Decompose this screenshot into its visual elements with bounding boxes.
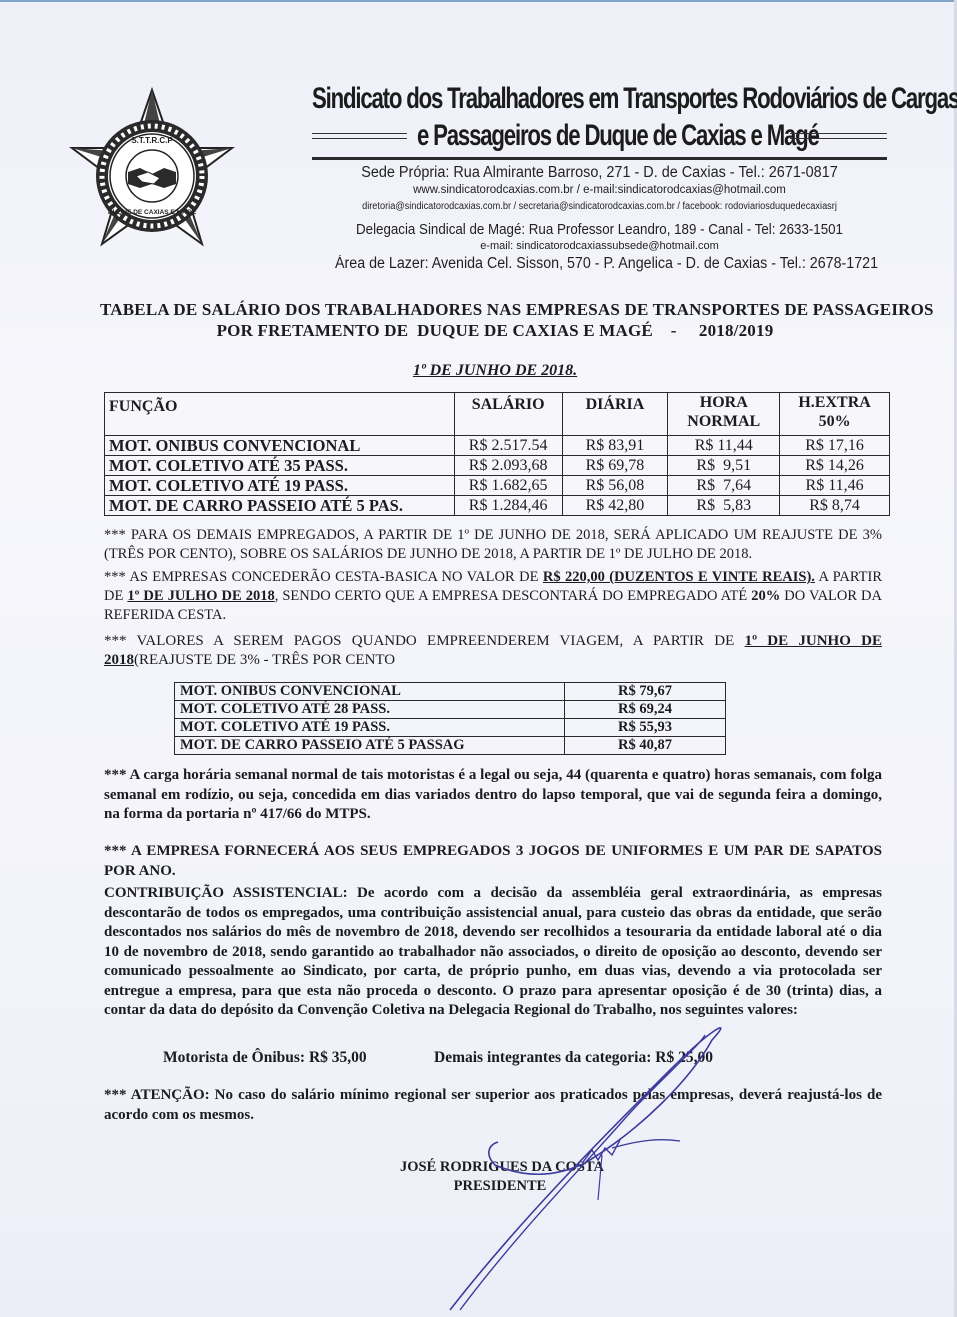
- salary-table-header: FUNÇÃO SALÁRIO DIÁRIA HORA NORMAL H.EXTR…: [105, 393, 890, 436]
- cell-funcao: MOT. COLETIVO ATÉ 28 PASS.: [175, 701, 565, 719]
- header-extra-line2: 50%: [784, 412, 885, 431]
- cell-valor: R$ 69,24: [565, 701, 726, 719]
- cell-valor: R$ 79,67: [565, 683, 726, 701]
- cell-diaria: R$ 42,80: [562, 496, 668, 516]
- cell-funcao: MOT. COLETIVO ATÉ 19 PASS.: [105, 476, 455, 496]
- header-hora-line2: NORMAL: [672, 412, 775, 431]
- cell-diaria: R$ 83,91: [562, 436, 668, 456]
- effective-date: 1º DE JUNHO DE 2018.: [100, 362, 890, 380]
- signatory-name: JOSÉ RODRIGUES DA COSTA: [400, 1159, 600, 1176]
- cell-hora-extra: R$ 11,46: [780, 476, 890, 496]
- cell-diaria: R$ 69,78: [562, 456, 668, 476]
- contribution-others: Demais integrantes da categoria: R$ 25,0…: [434, 1049, 713, 1067]
- cell-funcao: MOT. DE CARRO PASSEIO ATÉ 5 PASSAG: [175, 737, 565, 755]
- cell-hora-normal: R$ 7,64: [668, 476, 780, 496]
- cell-salario: R$ 1.682,65: [454, 476, 562, 496]
- travel-values-table: MOT. ONIBUS CONVENCIONALR$ 79,67MOT. COL…: [174, 682, 726, 755]
- cesta-text-3: , SENDO CERTO QUE A EMPRESA DESCONTARÁ D…: [275, 588, 752, 604]
- cell-salario: R$ 1.284,46: [454, 496, 562, 516]
- union-name-line2: e Passageiros de Duque de Caxias e Magé: [417, 119, 819, 153]
- cell-hora-normal: R$ 5,83: [668, 496, 780, 516]
- note-viagem: *** VALORES A SEREM PAGOS QUANDO EMPREEN…: [104, 632, 882, 670]
- header-funcao: FUNÇÃO: [105, 393, 455, 436]
- note-carga-horaria: *** A carga horária semanal normal de ta…: [104, 766, 882, 825]
- cell-salario: R$ 2.517.54: [454, 436, 562, 456]
- svg-text:S.T.T.R.C.P: S.T.T.R.C.P: [131, 136, 173, 145]
- salary-table-row: MOT. COLETIVO ATÉ 35 PASS.R$ 2.093,68R$ …: [105, 456, 890, 476]
- note-cesta-basica: *** AS EMPRESAS CONCEDERÃO CESTA-BASICA …: [104, 568, 882, 625]
- union-name-line1: Sindicato dos Trabalhadores em Transport…: [312, 82, 887, 116]
- header-hora-normal: HORA NORMAL: [668, 393, 780, 436]
- salary-table: FUNÇÃO SALÁRIO DIÁRIA HORA NORMAL H.EXTR…: [104, 392, 890, 516]
- header-hora-extra: H.EXTRA 50%: [780, 393, 890, 436]
- cell-hora-extra: R$ 14,26: [780, 456, 890, 476]
- cell-diaria: R$ 56,08: [562, 476, 668, 496]
- letterhead-rule: [312, 157, 887, 160]
- salary-table-row: MOT. COLETIVO ATÉ 19 PASS.R$ 1.682,65R$ …: [105, 476, 890, 496]
- cesta-text-1: *** AS EMPRESAS CONCEDERÃO CESTA-BASICA …: [104, 569, 543, 585]
- scan-top-edge: [0, 0, 957, 2]
- travel-table-row: MOT. ONIBUS CONVENCIONALR$ 79,67: [175, 683, 726, 701]
- union-name-line2-block: e Passageiros de Duque de Caxias e Magé: [312, 119, 887, 155]
- document-title-line1: TABELA DE SALÁRIO DOS TRABALHADORES NAS …: [100, 300, 890, 320]
- mage-delegation-address: Delegacia Sindical de Magé: Rua Professo…: [335, 222, 864, 238]
- cell-hora-normal: R$ 11,44: [668, 436, 780, 456]
- contact-emails: diretoria@sindicatorodcaxias.com.br / se…: [335, 201, 864, 212]
- note-reajuste: *** PARA OS DEMAIS EMPREGADOS, A PARTIR …: [104, 526, 882, 564]
- viagem-text-2: (REAJUSTE DE 3% - TRÊS POR CENTO: [134, 652, 395, 668]
- signatory-role: PRESIDENTE: [400, 1178, 600, 1195]
- contribution-bus-driver: Motorista de Ônibus: R$ 35,00: [163, 1049, 367, 1067]
- header-diaria: DIÁRIA: [562, 393, 668, 436]
- decorative-double-rule-right: [790, 133, 887, 139]
- travel-table-row: MOT. COLETIVO ATÉ 28 PASS.R$ 69,24: [175, 701, 726, 719]
- travel-table-row: MOT. COLETIVO ATÉ 19 PASS.R$ 55,93: [175, 719, 726, 737]
- cell-funcao: MOT. ONIBUS CONVENCIONAL: [105, 436, 455, 456]
- cell-valor: R$ 40,87: [565, 737, 726, 755]
- note-atencao: *** ATENÇÃO: No caso do salário mínimo r…: [104, 1086, 882, 1125]
- headquarters-address: Sede Própria: Rua Almirante Barroso, 271…: [332, 164, 867, 182]
- cell-funcao: MOT. COLETIVO ATÉ 35 PASS.: [105, 456, 455, 476]
- cell-hora-extra: R$ 8,74: [780, 496, 890, 516]
- star-handshake-emblem-icon: S.T.T.R.C.P DUQUE DE CAXIAS E MAGÉ: [68, 86, 236, 254]
- header-hora-line1: HORA: [672, 393, 775, 412]
- cell-valor: R$ 55,93: [565, 719, 726, 737]
- travel-table-row: MOT. DE CARRO PASSEIO ATÉ 5 PASSAGR$ 40,…: [175, 737, 726, 755]
- cell-funcao: MOT. DE CARRO PASSEIO ATÉ 5 PAS.: [105, 496, 455, 516]
- cell-salario: R$ 2.093,68: [454, 456, 562, 476]
- leisure-area-address: Área de Lazer: Avenida Cel. Sisson, 570 …: [335, 255, 864, 273]
- contribuicao-assistencial: CONTRIBUIÇÃO ASSISTENCIAL: De acordo com…: [104, 884, 882, 1021]
- cell-hora-extra: R$ 17,16: [780, 436, 890, 456]
- salary-table-row: MOT. ONIBUS CONVENCIONALR$ 2.517.54R$ 83…: [105, 436, 890, 456]
- note-uniformes: *** A EMPRESA FORNECERÁ AOS SEUS EMPREGA…: [104, 842, 882, 881]
- delegation-email: e-mail: sindicatorodcaxiassubsede@hotmai…: [312, 240, 887, 252]
- header-extra-line1: H.EXTRA: [784, 393, 885, 412]
- cell-funcao: MOT. ONIBUS CONVENCIONAL: [175, 683, 565, 701]
- cesta-date: 1º DE JULHO DE 2018: [127, 588, 274, 604]
- salary-table-row: MOT. DE CARRO PASSEIO ATÉ 5 PAS.R$ 1.284…: [105, 496, 890, 516]
- viagem-text-1: *** VALORES A SEREM PAGOS QUANDO EMPREEN…: [104, 633, 745, 649]
- cesta-percent: 20%: [751, 588, 780, 604]
- cesta-amount: R$ 220,00 (DUZENTOS E VINTE REAIS).: [543, 569, 815, 585]
- cell-hora-normal: R$ 9,51: [668, 456, 780, 476]
- decorative-double-rule-left: [312, 133, 407, 139]
- header-salario: SALÁRIO: [454, 393, 562, 436]
- svg-text:DUQUE DE CAXIAS E MAGÉ: DUQUE DE CAXIAS E MAGÉ: [108, 207, 197, 216]
- cell-funcao: MOT. COLETIVO ATÉ 19 PASS.: [175, 719, 565, 737]
- website-email: www.sindicatorodcaxias.com.br / e-mail:s…: [312, 184, 887, 196]
- document-title-line2: POR FRETAMENTO DE DUQUE DE CAXIAS E MAGÉ…: [100, 321, 890, 341]
